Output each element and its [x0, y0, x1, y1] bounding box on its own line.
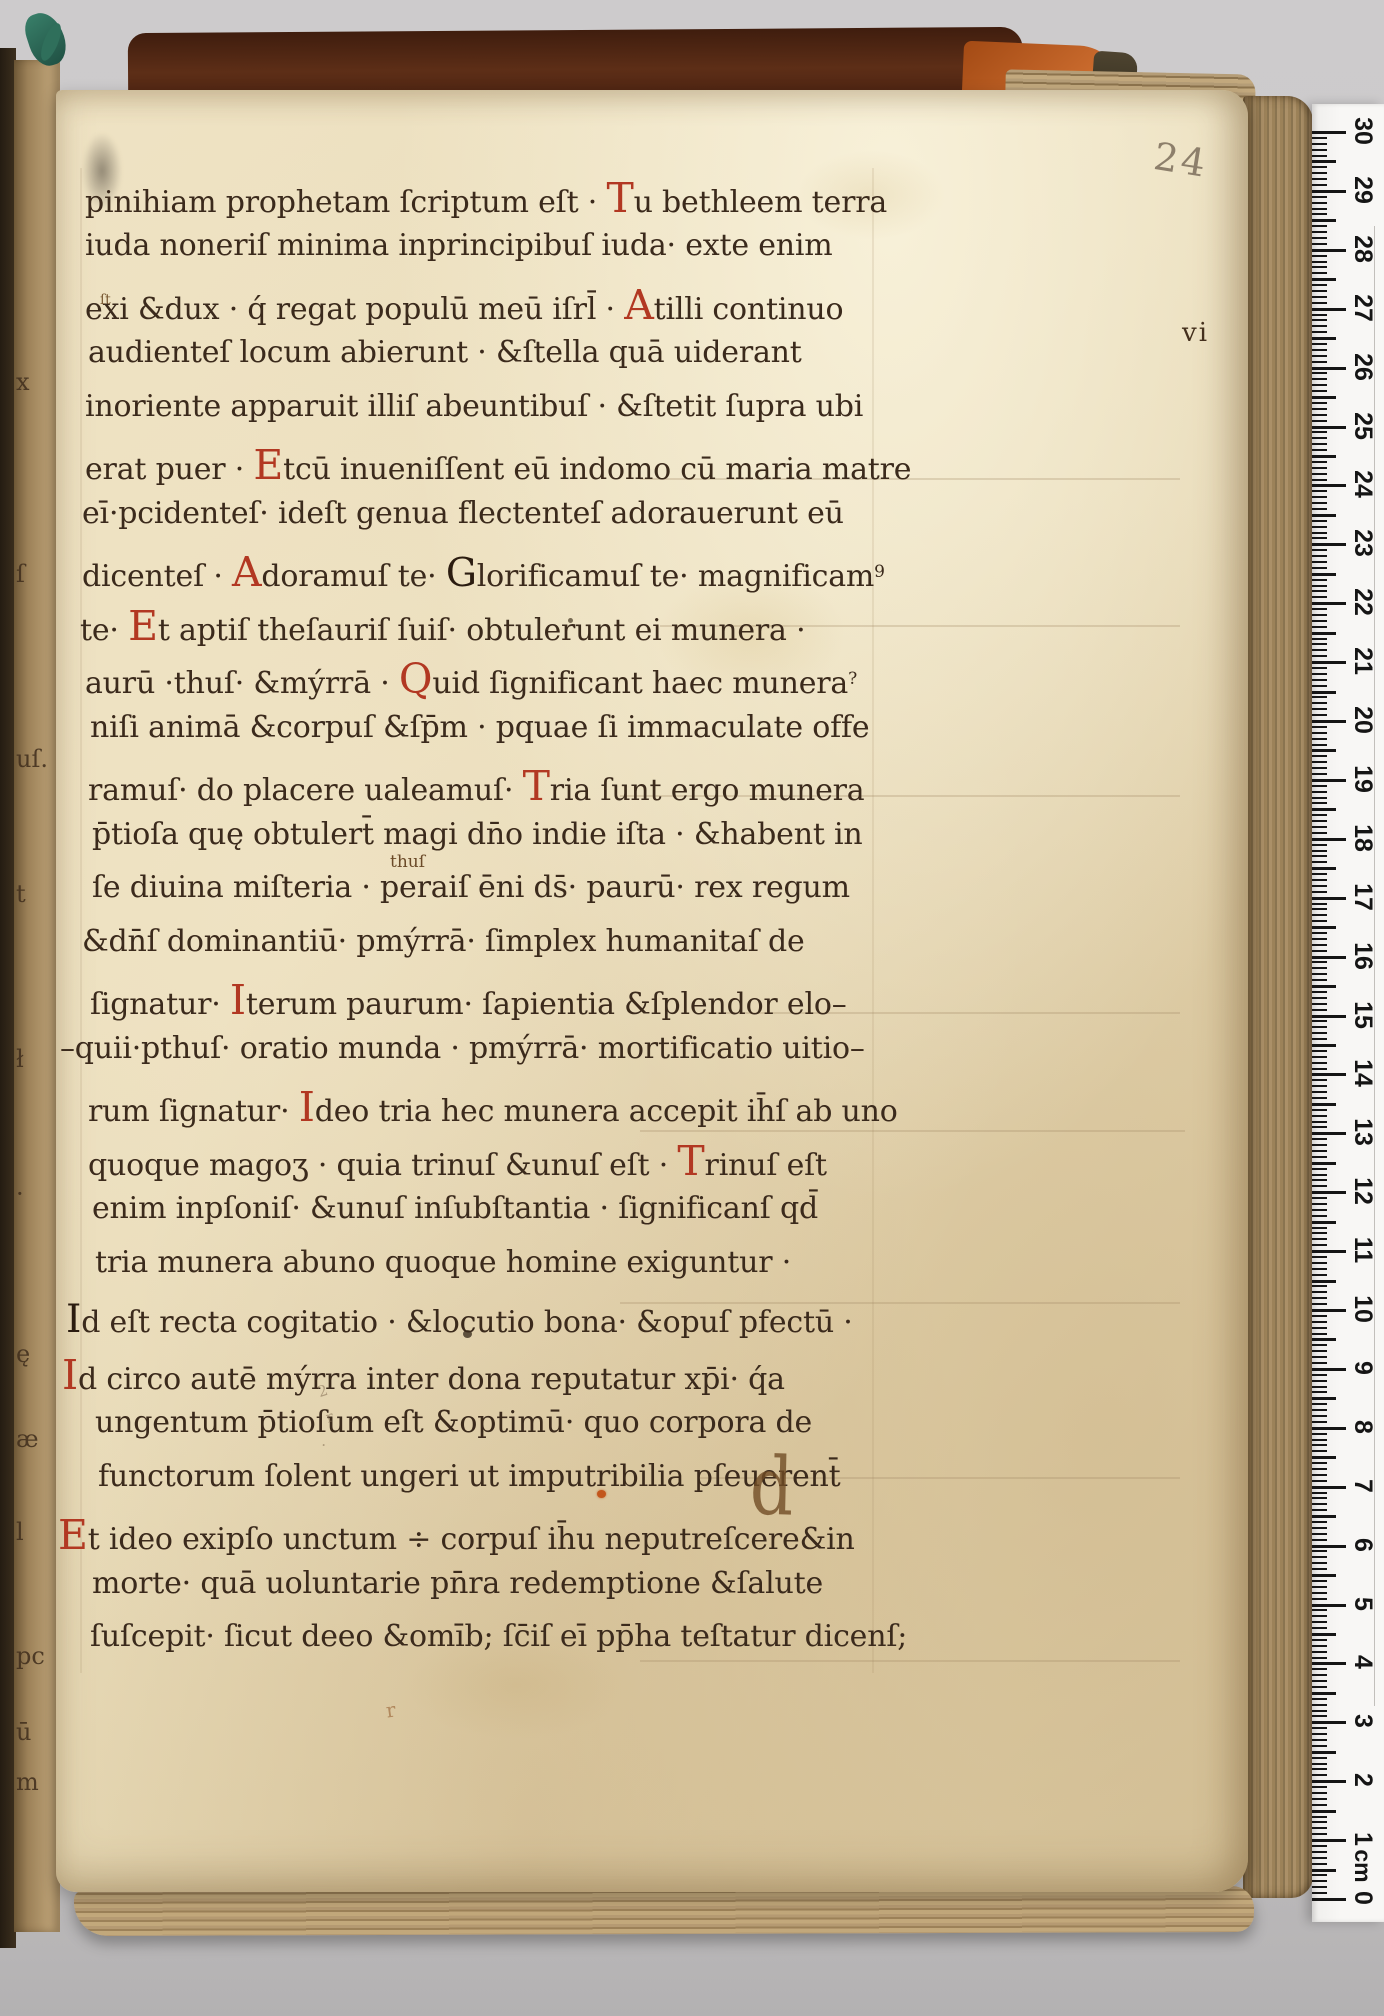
- ruler-tick: [1312, 1315, 1327, 1317]
- ruler-tick: [1312, 1138, 1327, 1140]
- text-segment: inoriente apparuit illiſ abeuntibuſ · &ſ…: [85, 389, 863, 424]
- left-page-edges: xſuſ.tł·ęælpcūm: [14, 60, 60, 1932]
- text-segment: ?: [848, 669, 857, 689]
- ruler-tick: [1312, 1686, 1327, 1688]
- ruler-tick: [1312, 997, 1327, 999]
- ruler-tick: [1312, 1091, 1327, 1093]
- text-line: eī·pcidenteſ· ideſt genua flectenteſ ado…: [82, 497, 844, 530]
- ruler-tick: [1312, 908, 1327, 910]
- text-line: Id eſt recta cogitatio · &locutio bona· …: [66, 1299, 853, 1342]
- text-line: audienteſ locum abierunt · &ſtella quā u…: [88, 336, 802, 369]
- ruler-tick: [1312, 1409, 1327, 1411]
- ruler-tick: [1312, 1845, 1327, 1847]
- ruler-tick: [1312, 638, 1327, 640]
- ruler-tick: [1312, 956, 1346, 959]
- ruler-number: 4: [1349, 1645, 1377, 1679]
- text-segment: d eſt recta cogitatio · &locutio bona· &…: [81, 1305, 852, 1340]
- text-line: –quii·pthuſ· oratio munda · pmýrrā· mort…: [60, 1032, 865, 1065]
- text-segment: ſuſcepit· ſicut deeo &omīb; ſc̄iſ eī pp̄…: [90, 1619, 907, 1654]
- ruler-tick: [1312, 1886, 1327, 1888]
- ruler-tick: [1312, 797, 1327, 799]
- ruler-tick: [1312, 219, 1336, 222]
- ruler-tick: [1312, 272, 1327, 274]
- ruler-tick: [1312, 1692, 1336, 1695]
- rubric-initial: E: [253, 441, 283, 489]
- text-line: ramuſ· do placere ualeamuſ· Tria ſunt er…: [88, 764, 864, 809]
- ruler-tick: [1312, 661, 1346, 664]
- ruler-number: 0: [1349, 1881, 1377, 1915]
- text-segment: ſe diuina miſteria · peraiſ ēni ds̄· pau…: [92, 870, 850, 905]
- ruler-number: 10: [1349, 1292, 1377, 1326]
- ruler-tick: [1312, 1244, 1327, 1246]
- ruler-tick: [1312, 1863, 1327, 1865]
- ruler-tick: [1312, 1833, 1327, 1835]
- ruler-tick: [1312, 879, 1327, 881]
- ruler-tick: [1312, 991, 1327, 993]
- ruler-tick: [1312, 608, 1327, 610]
- ruler-tick: [1312, 1038, 1327, 1040]
- ruler-number: 2: [1349, 1763, 1377, 1797]
- text-line: ſuſcepit· ſicut deeo &omīb; ſc̄iſ eī pp̄…: [90, 1620, 907, 1653]
- ruler-tick: [1312, 1839, 1346, 1842]
- text-segment: quoque magoʒ · quia trinuſ &unuſ eſt ·: [88, 1148, 677, 1183]
- ruler-number: 5: [1349, 1587, 1377, 1621]
- ruler-tick: [1312, 844, 1327, 846]
- ruler-tick: [1312, 749, 1336, 752]
- ruler-tick: [1312, 1804, 1327, 1806]
- ruler-tick: [1312, 1898, 1346, 1901]
- ruler-tick: [1312, 626, 1327, 628]
- ruler-tick: [1312, 1533, 1327, 1535]
- text-line: rum ſignatur· Ideo tria hec munera accep…: [88, 1085, 898, 1130]
- ruler-tick: [1312, 1386, 1327, 1388]
- ruler-tick: [1312, 808, 1336, 811]
- ruler-tick: [1312, 620, 1327, 622]
- ruler-tick: [1312, 1604, 1346, 1607]
- facing-page-text-fragment: ſ: [16, 560, 25, 588]
- ruler-tick: [1312, 1203, 1327, 1205]
- ruler-tick: [1312, 1297, 1327, 1299]
- ruler-tick: [1312, 1615, 1327, 1617]
- ruler-tick: [1312, 1368, 1346, 1371]
- ruler-tick: [1312, 1097, 1327, 1099]
- text-segment: audienteſ locum abierunt · &ſtella quā u…: [88, 335, 802, 370]
- ruler-tick: [1312, 131, 1346, 134]
- ruler-tick: [1312, 649, 1327, 651]
- text-segment: p̄tioſa quę obtulert̄ magi dn̄o indie iſ…: [92, 817, 863, 852]
- ruler-tick: [1312, 172, 1327, 174]
- ruler-tick: [1312, 196, 1327, 198]
- text-segment: rinuſ eſt: [705, 1148, 827, 1183]
- ruler-tick: [1312, 1168, 1327, 1170]
- ruler-tick: [1312, 1721, 1346, 1724]
- manuscript-page: 24 vi pinihiam prophetam ſcriptum eſt · …: [56, 90, 1248, 1892]
- ruler-tick: [1312, 1715, 1327, 1717]
- ruler-tick: [1312, 1774, 1327, 1776]
- text-segment: tilli continuo: [654, 292, 844, 327]
- text-segment: pinihiam prophetam ſcriptum eſt ·: [85, 185, 606, 220]
- ruler-tick: [1312, 1592, 1327, 1594]
- ruler-tick: [1312, 685, 1327, 687]
- ruler-tick: [1312, 213, 1327, 215]
- ruler-tick: [1312, 1433, 1327, 1435]
- text-line: enim inpſoniſ· &unuſ inſubſtantia · ſign…: [92, 1192, 818, 1225]
- ruler-number: 18: [1349, 821, 1377, 855]
- ruler-tick: [1312, 1256, 1327, 1258]
- ruler-tick: [1312, 1050, 1327, 1052]
- folio-number: 24: [1151, 134, 1212, 186]
- ruler-tick: [1312, 1020, 1327, 1022]
- text-segment: enim inpſoniſ· &unuſ inſubſtantia · ſign…: [92, 1191, 818, 1226]
- ruler-tick: [1312, 1374, 1327, 1376]
- ruler-tick: [1312, 331, 1327, 333]
- ruler-tick: [1312, 643, 1327, 645]
- ruler-number: 25: [1349, 409, 1377, 443]
- ruler-tick: [1312, 1562, 1327, 1564]
- ruler-tick: [1312, 1397, 1336, 1400]
- ruler-tick: [1312, 1327, 1327, 1329]
- ruler-tick: [1312, 1197, 1327, 1199]
- ruler-tick: [1312, 773, 1327, 775]
- text-segment: ria ſunt ergo munera: [550, 773, 865, 808]
- page-stack-fore-edge: [1243, 96, 1313, 1898]
- text-line: morte· quā uoluntarie pn̄ra redemptione …: [92, 1567, 823, 1600]
- ruler-tick: [1312, 278, 1336, 281]
- ruler-tick: [1312, 726, 1327, 728]
- text-segment: lorificamuſ te· magnificam: [477, 559, 874, 594]
- ruler-tick: [1312, 1786, 1327, 1788]
- faint-pen-mark: r: [384, 1697, 397, 1722]
- ruler-tick: [1312, 744, 1327, 746]
- ruler-tick: [1312, 1026, 1327, 1028]
- ruler-tick: [1312, 1739, 1327, 1741]
- ruler-tick: [1312, 1156, 1327, 1158]
- page-stack-bottom-edge: [74, 1886, 1254, 1936]
- ruler-tick: [1312, 826, 1327, 828]
- ruler-tick: [1312, 1780, 1346, 1783]
- ruler-tick: [1312, 1851, 1327, 1853]
- ruler-tick: [1312, 1662, 1346, 1665]
- ruler-tick: [1312, 1274, 1327, 1276]
- ruler-tick: [1312, 1221, 1336, 1224]
- ruler-tick: [1312, 1745, 1327, 1747]
- ruler-tick: [1312, 1403, 1327, 1405]
- rubric-initial: I: [62, 1351, 78, 1399]
- ruler-tick: [1312, 1333, 1327, 1335]
- ruler-tick: [1312, 349, 1327, 351]
- ruler-tick: [1312, 549, 1327, 551]
- correction-gloss: ſt: [100, 292, 111, 308]
- ruler-tick: [1312, 420, 1327, 422]
- ruler-tick: [1312, 1185, 1327, 1187]
- text-segment: 9: [874, 562, 885, 582]
- ruler-tick: [1312, 1509, 1327, 1511]
- ruler-tick: [1312, 1439, 1327, 1441]
- ruler-number: 29: [1349, 173, 1377, 207]
- ruler-tick: [1312, 1757, 1327, 1759]
- text-line: ſe diuina miſteria · peraiſ ēni ds̄· pau…: [92, 871, 850, 904]
- ruler-tick: [1312, 1792, 1327, 1794]
- text-segment: rum ſignatur·: [88, 1094, 299, 1129]
- ruler-number: 14: [1349, 1056, 1377, 1090]
- ruler-tick: [1312, 1657, 1327, 1659]
- ruler-tick: [1312, 1674, 1327, 1676]
- ruler-tick: [1312, 1550, 1327, 1552]
- ruler-tick: [1312, 938, 1327, 940]
- ruler-tick: [1312, 1356, 1327, 1358]
- ruler-number: 6: [1349, 1528, 1377, 1562]
- ruler-tick: [1312, 231, 1327, 233]
- ruler-tick: [1312, 337, 1336, 340]
- ruler-tick: [1312, 1009, 1327, 1011]
- ruler-tick: [1312, 155, 1327, 157]
- ruler-tick: [1312, 785, 1327, 787]
- ruler-tick: [1312, 590, 1327, 592]
- ruler-tick: [1312, 1238, 1327, 1240]
- ruler-tick: [1312, 802, 1327, 804]
- ruler-tick: [1312, 1044, 1336, 1047]
- ruler-tick: [1312, 255, 1327, 257]
- ruler-tick: [1312, 1344, 1327, 1346]
- text-segment: niſi animā &corpuſ &ſp̄m · pquae ſi imma…: [90, 710, 869, 745]
- ruler-tick: [1312, 1280, 1336, 1283]
- ruler-tick: [1312, 1733, 1327, 1735]
- text-segment: t ideo exipſo unctum ÷ corpuſ ih̄u neput…: [88, 1522, 855, 1557]
- ruler-tick: [1312, 1556, 1327, 1558]
- ruler-tick: [1312, 1633, 1336, 1636]
- photo-backdrop: xſuſ.tł·ęælpcūm 24 vi pinihiam prophetam…: [0, 0, 1384, 2016]
- ruler-tick: [1312, 537, 1327, 539]
- ruler-number: 15: [1349, 998, 1377, 1032]
- rubric-initial: Q: [399, 655, 432, 703]
- ruler-tick: [1312, 602, 1346, 605]
- ruling-line: [640, 1130, 1185, 1132]
- ruler-tick: [1312, 1179, 1327, 1181]
- ruler-tick: [1312, 1015, 1346, 1018]
- text-segment: ſignatur·: [90, 987, 230, 1022]
- ruler-tick: [1312, 920, 1327, 922]
- text-line: quoque magoʒ · quia trinuſ &unuſ eſt · T…: [88, 1139, 827, 1184]
- ruler-number: 24: [1349, 467, 1377, 501]
- ruler-tick: [1312, 755, 1327, 757]
- ruler-number: 30: [1349, 114, 1377, 148]
- ruler-tick: [1312, 390, 1327, 392]
- facing-page-text-fragment: æ: [16, 1425, 39, 1453]
- rubric-initial: I: [299, 1083, 315, 1131]
- ruler-number: 13: [1349, 1115, 1377, 1149]
- ruler-tick: [1312, 1880, 1327, 1882]
- ruler-tick: [1312, 266, 1327, 268]
- ruler-tick: [1312, 1874, 1327, 1876]
- ruler-tick: [1312, 1827, 1327, 1829]
- ruler-tick: [1312, 1415, 1327, 1417]
- text-segment: iuda noneriſ minima inprincipibuſ iuda· …: [85, 228, 833, 263]
- text-segment: ungentum p̄tioſum eſt &optimū· quo corpo…: [95, 1405, 812, 1440]
- ruler-tick: [1312, 1462, 1327, 1464]
- text-line: te· Et aptiſ theſauriſ ſuiſ· obtulerunt …: [80, 604, 805, 649]
- ruler-tick: [1312, 314, 1327, 316]
- ruler-tick: [1312, 1680, 1327, 1682]
- ruler-tick: [1312, 1380, 1327, 1382]
- text-segment: tcū inueniſſent eū indomo cū maria matre: [283, 452, 911, 487]
- text-segment: t aptiſ theſauriſ ſuiſ· obtulerunt ei mu…: [158, 613, 806, 648]
- ruler-tick: [1312, 296, 1327, 298]
- ruler-tick: [1312, 1450, 1327, 1452]
- ruler-tick: [1312, 1821, 1327, 1823]
- text-line: tria munera abuno quoque homine exiguntu…: [95, 1246, 791, 1279]
- ruler-number: 9: [1349, 1351, 1377, 1385]
- ruling-line: [640, 1660, 1180, 1662]
- ruler-tick: [1312, 1497, 1327, 1499]
- ruler-tick: [1312, 1068, 1327, 1070]
- ruler-tick: [1312, 166, 1327, 168]
- ruler-tick: [1312, 402, 1327, 404]
- ruler-tick: [1312, 1710, 1327, 1712]
- ruler-tick: [1312, 514, 1336, 517]
- facing-page-text-fragment: uſ.: [16, 745, 48, 773]
- ruler-number: 28: [1349, 232, 1377, 266]
- facing-page-text-fragment: x: [16, 368, 30, 396]
- ruler-tick: [1312, 1444, 1327, 1446]
- ruler-tick: [1312, 1521, 1327, 1523]
- ruler-number: 12: [1349, 1174, 1377, 1208]
- ruler-tick: [1312, 1515, 1336, 1518]
- ruler-tick: [1312, 714, 1327, 716]
- text-segment: &dn̄ſ dominantiū· pmýrrā· ſimplex humani…: [82, 924, 805, 959]
- ruler-tick: [1312, 1527, 1327, 1529]
- ruler-unit-label: cm: [1349, 1849, 1377, 1883]
- text-segment: erat puer ·: [85, 452, 253, 487]
- ruler-tick: [1312, 632, 1336, 635]
- facing-page-text-fragment: ł: [16, 1045, 24, 1073]
- text-line: aurū ·thuſ· &mýrrā · Quid ſignificant ha…: [85, 657, 857, 702]
- ruler-tick: [1312, 691, 1336, 694]
- ruler-tick: [1312, 284, 1327, 286]
- ruler-tick: [1312, 1568, 1327, 1570]
- ruler-tick: [1312, 361, 1327, 363]
- rubric-initial: T: [606, 174, 633, 222]
- ruler-tick: [1312, 190, 1346, 193]
- ruler-tick: [1312, 673, 1327, 675]
- ruler-tick: [1312, 1639, 1327, 1641]
- ruler-tick: [1312, 614, 1327, 616]
- ruler-number: 3: [1349, 1704, 1377, 1738]
- ruler-tick: [1312, 1191, 1346, 1194]
- ruler-tick: [1312, 1073, 1346, 1076]
- ruler-tick: [1312, 1227, 1327, 1229]
- ruler-tick: [1312, 520, 1327, 522]
- ruler-tick: [1312, 573, 1336, 576]
- rubric-initial: A: [232, 548, 261, 596]
- ruler-tick: [1312, 1115, 1327, 1117]
- ruler-tick: [1312, 1698, 1327, 1700]
- ruler-tick: [1312, 1751, 1336, 1754]
- ruler-tick: [1312, 973, 1327, 975]
- ruler-number: 27: [1349, 291, 1377, 325]
- margin-pen-mark: d: [749, 1440, 795, 1535]
- ruler-tick: [1312, 290, 1327, 292]
- ruler-number: 17: [1349, 880, 1377, 914]
- ruler-tick: [1312, 367, 1346, 370]
- ruler-tick: [1312, 543, 1346, 546]
- ruler-tick: [1312, 1645, 1327, 1647]
- ruler-tick: [1312, 1763, 1327, 1765]
- ruler-tick: [1312, 897, 1346, 900]
- ruler-tick: [1312, 767, 1327, 769]
- text-segment: exi &dux · q́ regat populū meū iſrl̄ ·: [85, 292, 624, 327]
- text-line: pinihiam prophetam ſcriptum eſt · Tu bet…: [85, 176, 887, 221]
- ruler-tick: [1312, 208, 1327, 210]
- ruler-tick: [1312, 944, 1327, 946]
- ruler-number: 11: [1349, 1233, 1377, 1267]
- ruler-tick: [1312, 1492, 1327, 1494]
- rubric-initial: E: [58, 1511, 88, 1559]
- ruler-tick: [1312, 561, 1327, 563]
- ruler-tick: [1312, 1150, 1327, 1152]
- ruler-tick: [1312, 473, 1327, 475]
- red-wax-dot: [597, 1490, 606, 1498]
- ruler-tick: [1312, 1627, 1327, 1629]
- ruler-tick: [1312, 1291, 1327, 1293]
- rubric-initial: E: [128, 602, 158, 650]
- ruler-number: 8: [1349, 1410, 1377, 1444]
- ruler-tick: [1312, 325, 1327, 327]
- ruler-tick: [1312, 384, 1327, 386]
- ruler-tick: [1312, 855, 1327, 857]
- ruler-tick: [1312, 1810, 1336, 1813]
- text-segment: d circo autē mýrra inter dona reputatur …: [78, 1362, 785, 1397]
- ruler-tick: [1312, 850, 1327, 852]
- ruler-tick: [1312, 461, 1327, 463]
- ruler-tick: [1312, 1262, 1327, 1264]
- ruler-tick: [1312, 202, 1327, 204]
- ruler-tick: [1312, 484, 1346, 487]
- text-line: exi &dux · q́ regat populū meū iſrl̄ · A…: [85, 283, 843, 328]
- ruler-tick: [1312, 579, 1327, 581]
- ruler-tick: [1312, 738, 1327, 740]
- ruler-tick: [1312, 1132, 1346, 1135]
- rubric-initial: I: [230, 976, 246, 1024]
- ruler-tick: [1312, 1309, 1346, 1312]
- ruler-tick: [1312, 302, 1327, 304]
- ruler-tick: [1312, 449, 1327, 451]
- ruler-tick: [1312, 1545, 1346, 1548]
- text-segment: terum paurum· ſapientia &ſplendor elo–: [246, 987, 847, 1022]
- ruler-tick: [1312, 873, 1327, 875]
- ruler-tick: [1312, 1869, 1336, 1872]
- ruler-tick: [1312, 1338, 1336, 1341]
- ruler-tick: [1312, 502, 1327, 504]
- ruler-tick: [1312, 979, 1327, 981]
- ruler-tick: [1312, 708, 1327, 710]
- text-segment: I: [66, 1297, 81, 1342]
- ruler-tick: [1312, 861, 1327, 863]
- ruler-tick: [1312, 1486, 1346, 1489]
- facing-page-text-fragment: m: [16, 1768, 39, 1796]
- ruler-tick: [1312, 1109, 1327, 1111]
- ruler-tick: [1312, 732, 1327, 734]
- ruler-number: 19: [1349, 762, 1377, 796]
- ruler-tick: [1312, 479, 1327, 481]
- ruler-tick: [1312, 926, 1336, 929]
- ruler-number: 22: [1349, 585, 1377, 619]
- ruler-tick: [1312, 932, 1327, 934]
- ruler-tick: [1312, 160, 1336, 163]
- ruler-tick: [1312, 1268, 1327, 1270]
- ruler-tick: [1312, 1209, 1327, 1211]
- ruler-number: 7: [1349, 1469, 1377, 1503]
- facing-page-text-fragment: ū: [16, 1718, 31, 1746]
